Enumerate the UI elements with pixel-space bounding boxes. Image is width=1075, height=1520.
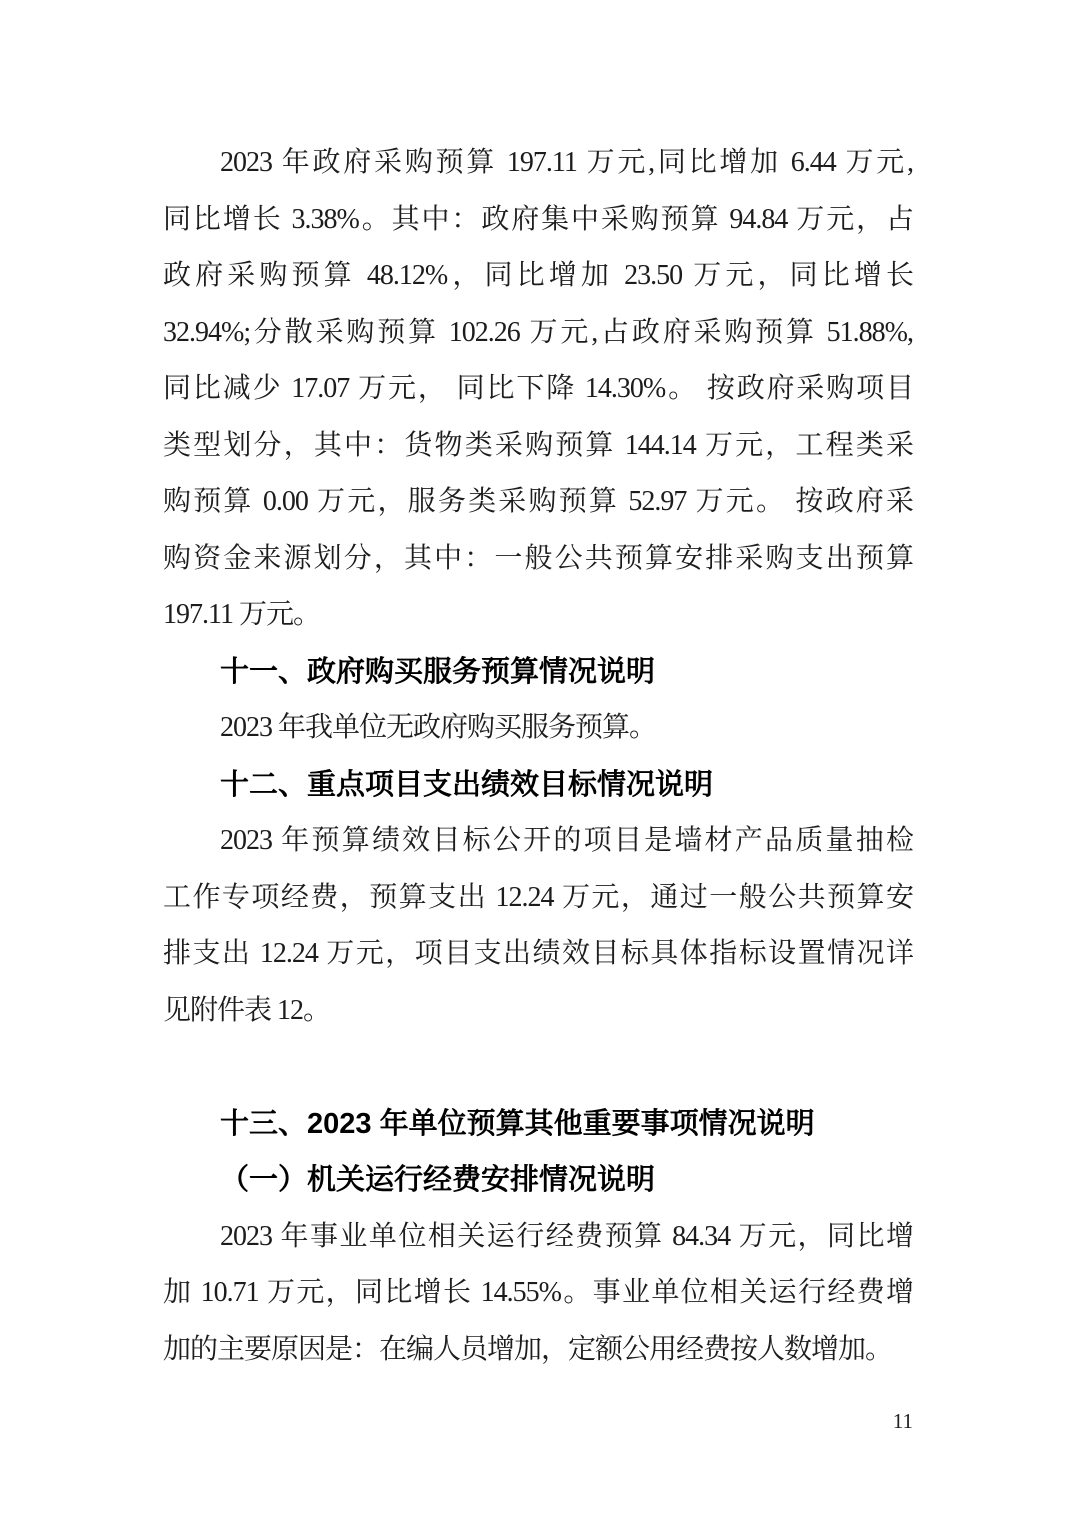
section-heading-12: 十二、重点项目支出绩效目标情况说明: [163, 757, 913, 814]
paragraph-line: 购资金来源划分，其中：一般公共预算安排采购支出预算: [163, 531, 913, 588]
paragraph-line: 32.94%;分散采购预算 102.26 万元,占政府采购预算 51.88%,: [163, 305, 913, 362]
paragraph-line: 197.11 万元。: [163, 587, 913, 644]
paragraph-line: 排支出 12.24 万元，项目支出绩效目标具体指标设置情况详: [163, 926, 913, 983]
section-heading-13: 十三、2023 年单位预算其他重要事项情况说明: [163, 1096, 913, 1153]
document-page: 2023 年政府采购预算 197.11 万元,同比增加 6.44 万元, 同比增…: [0, 0, 1075, 1520]
paragraph-line: 2023 年预算绩效目标公开的项目是墙材产品质量抽检: [163, 813, 913, 870]
section-heading-11: 十一、政府购买服务预算情况说明: [163, 644, 913, 701]
paragraph-line: 2023 年政府采购预算 197.11 万元,同比增加 6.44 万元,: [163, 135, 913, 192]
paragraph-line: 购预算 0.00 万元，服务类采购预算 52.97 万元。 按政府采: [163, 474, 913, 531]
paragraph-line: 加 10.71 万元，同比增长 14.55%。事业单位相关运行经费增: [163, 1265, 913, 1322]
paragraph-line: 见附件表 12。: [163, 983, 913, 1040]
paragraph-line: 加的主要原因是：在编人员增加，定额公用经费按人数增加。: [163, 1322, 913, 1379]
paragraph-line: 工作专项经费，预算支出 12.24 万元，通过一般公共预算安: [163, 870, 913, 927]
blank-line: [163, 1039, 913, 1096]
paragraph-line: 政府采购预算 48.12%，同比增加 23.50 万元，同比增长: [163, 248, 913, 305]
paragraph-line: 2023 年事业单位相关运行经费预算 84.34 万元，同比增: [163, 1209, 913, 1266]
subsection-heading-13-1: （一）机关运行经费安排情况说明: [163, 1152, 913, 1209]
paragraph-line: 同比增长 3.38%。其中：政府集中采购预算 94.84 万元，占: [163, 192, 913, 249]
document-content: 2023 年政府采购预算 197.11 万元,同比增加 6.44 万元, 同比增…: [163, 135, 913, 1378]
paragraph-line: 2023 年我单位无政府购买服务预算。: [163, 700, 913, 757]
paragraph-line: 类型划分，其中：货物类采购预算 144.14 万元，工程类采: [163, 418, 913, 475]
paragraph-line: 同比减少 17.07 万元， 同比下降 14.30%。 按政府采购项目: [163, 361, 913, 418]
page-number: 11: [893, 1406, 913, 1436]
